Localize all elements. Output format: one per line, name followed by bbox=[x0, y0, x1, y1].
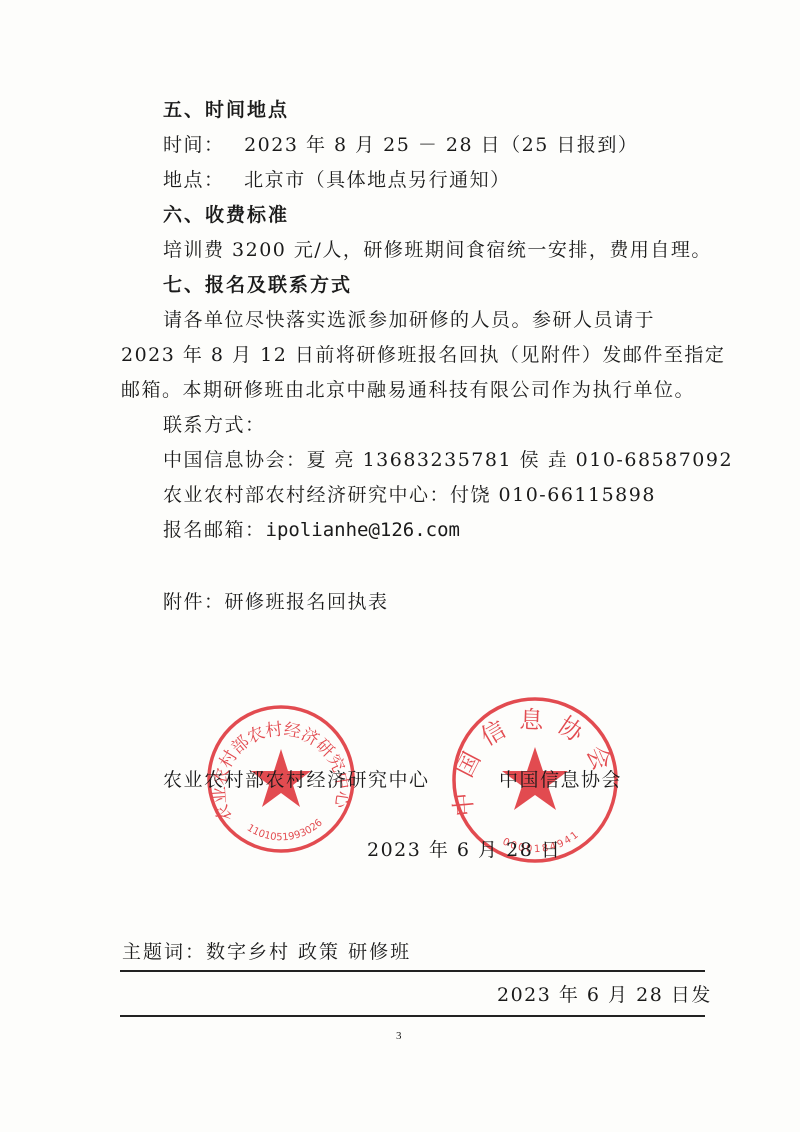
paragraph-line-3: 邮箱。本期研修班由北京中融易通科技有限公司作为执行单位。 bbox=[121, 378, 695, 402]
email-label: 报名邮箱： bbox=[163, 519, 266, 541]
place-label: 地点： bbox=[163, 169, 225, 191]
email-row: 报名邮箱：ipolianhe@126.com bbox=[163, 518, 460, 542]
paragraph-line-2: 2023 年 8 月 12 日前将研修班报名回执（见附件）发邮件至指定 bbox=[121, 343, 725, 367]
attachment-note: 附件：研修班报名回执表 bbox=[163, 590, 389, 614]
issue-date: 2023 年 6 月 28 日发 bbox=[497, 983, 712, 1007]
place-row: 地点： 北京市（具体地点另行通知） bbox=[163, 168, 511, 192]
time-value: 2023 年 8 月 25 － 28 日（25 日报到） bbox=[244, 134, 638, 156]
email-address: ipolianhe@126.com bbox=[266, 519, 460, 541]
signing-date: 2023 年 6 月 28 日 bbox=[367, 835, 561, 862]
signer-rerc: 农业农村部农村经济研究中心 bbox=[163, 765, 430, 792]
contact-cia: 中国信息协会：夏 亮 13683235781 侯 垚 010-68587092 bbox=[163, 448, 733, 472]
section-seven-heading: 七、报名及联系方式 bbox=[163, 273, 352, 297]
fee-text: 培训费 3200 元/人，研修班期间食宿统一安排，费用自理。 bbox=[163, 238, 712, 262]
seal-code-1: 1101051993026 bbox=[245, 817, 325, 843]
footer-divider-top bbox=[120, 970, 705, 972]
keywords: 主题词：数字乡村 政策 研修班 bbox=[122, 940, 411, 964]
footer-divider-bottom bbox=[120, 1015, 705, 1017]
section-six-heading: 六、收费标准 bbox=[163, 203, 289, 227]
svg-text:1101051993026: 1101051993026 bbox=[245, 817, 325, 843]
time-label: 时间： bbox=[163, 134, 225, 156]
page-number: 3 bbox=[396, 1030, 402, 1042]
place-value: 北京市（具体地点另行通知） bbox=[244, 169, 511, 191]
contact-rerc: 农业农村部农村经济研究中心：付饶 010-66115898 bbox=[163, 483, 656, 507]
section-five-heading: 五、时间地点 bbox=[163, 98, 289, 122]
paragraph-line-1: 请各单位尽快落实选派参加研修的人员。参研人员请于 bbox=[163, 308, 655, 332]
contact-label: 联系方式： bbox=[163, 413, 266, 437]
time-row: 时间： 2023 年 8 月 25 － 28 日（25 日报到） bbox=[163, 133, 638, 157]
signer-cia: 中国信息协会 bbox=[499, 765, 622, 792]
